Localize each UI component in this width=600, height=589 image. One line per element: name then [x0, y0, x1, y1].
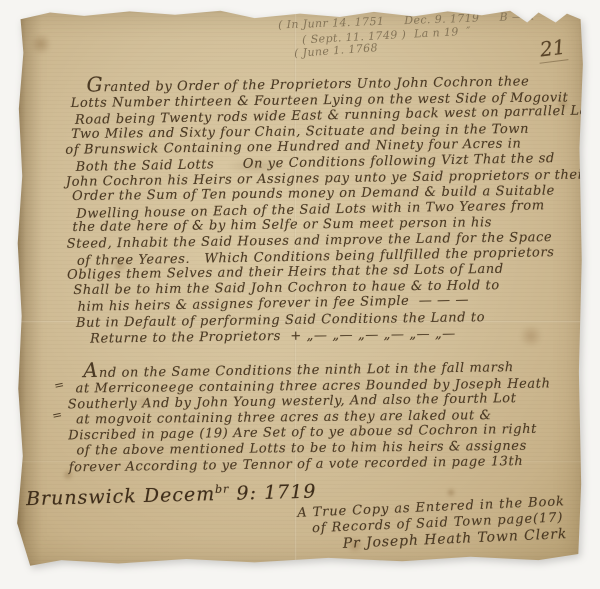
- dateline-superscript: br: [215, 482, 230, 495]
- margin-mark: =: [51, 407, 64, 423]
- margin-mark: =: [53, 377, 66, 393]
- attestation-block: A True Copy as Entered in the Book of Re…: [297, 494, 567, 554]
- stain-spot: [446, 488, 456, 497]
- stain-spot: [30, 34, 52, 54]
- annotation-book-mark: B — h: [499, 10, 535, 24]
- page-number: 21: [537, 34, 569, 63]
- document-scan: ( In Junr 14. 1751 Dec. 9. 1719 B — h ( …: [0, 0, 600, 589]
- addendum-paragraph: And on the Same Conditions the ninth Lot…: [67, 357, 551, 476]
- dateline-text: Brunswick Decem: [26, 483, 216, 510]
- dateline-year: 9: 1719: [229, 481, 316, 505]
- paper-sheet: ( In Junr 14. 1751 Dec. 9. 1719 B — h ( …: [16, 8, 584, 568]
- dateline: Brunswick Decembr 9: 1719: [26, 480, 317, 510]
- paper-shadow: ( In Junr 14. 1751 Dec. 9. 1719 B — h ( …: [0, 0, 600, 589]
- default-clause: But in Default of performing Said Condit…: [76, 310, 486, 347]
- stain-spot: [518, 326, 544, 346]
- grant-paragraph: Granted by Order of the Proprietors Unto…: [64, 70, 584, 314]
